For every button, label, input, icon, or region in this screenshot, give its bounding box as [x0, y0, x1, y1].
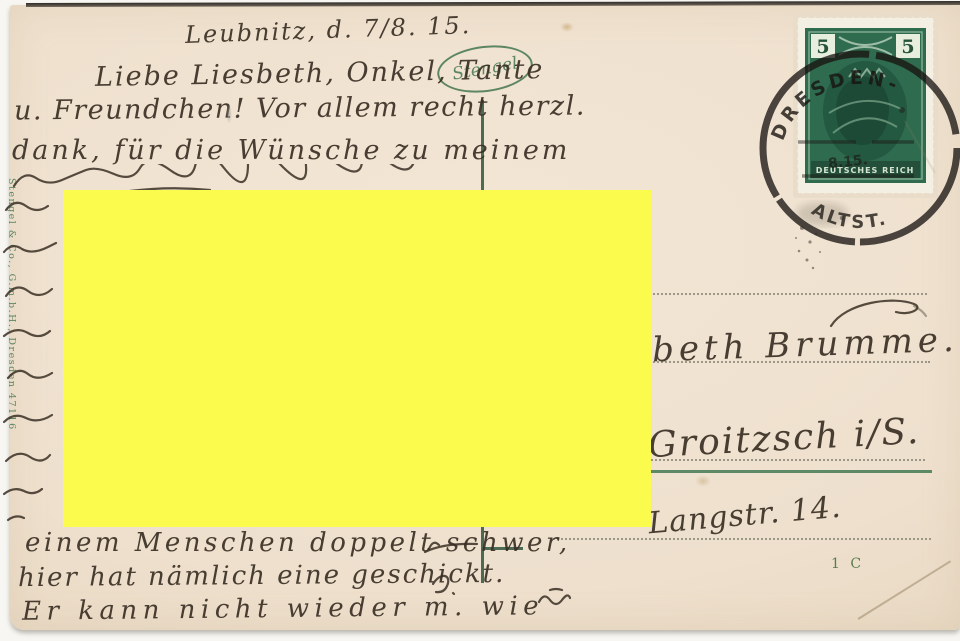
printers-mark: 1 C [831, 556, 864, 572]
stain [695, 475, 711, 487]
address-line-dotted-4 [553, 538, 931, 540]
handwriting-fragment-left [2, 196, 62, 526]
ink-drip [226, 104, 232, 124]
stain [560, 22, 574, 32]
postmark-smudge [796, 202, 848, 226]
handwriting-fragment-divider [423, 536, 485, 600]
handwriting-fragment-small [536, 584, 572, 612]
postcard-scan: Stengel & Co., G.m.b.H., Dresden 47116 S… [0, 0, 960, 641]
postmark-city-top: DRESDEN- [767, 67, 904, 144]
handwriting-line-3: u. Freundchen! Vor allem recht herzl. [14, 91, 586, 127]
svg-text:DRESDEN-: DRESDEN- [767, 67, 904, 144]
handwriting-line-4: dank, für die Wünsche zu meinem [12, 135, 570, 166]
postmark-date: 8.15. [827, 152, 868, 172]
handwriting-bottom-1: einem Menschen doppelt schwer, [25, 528, 571, 558]
redaction-box [63, 190, 651, 527]
